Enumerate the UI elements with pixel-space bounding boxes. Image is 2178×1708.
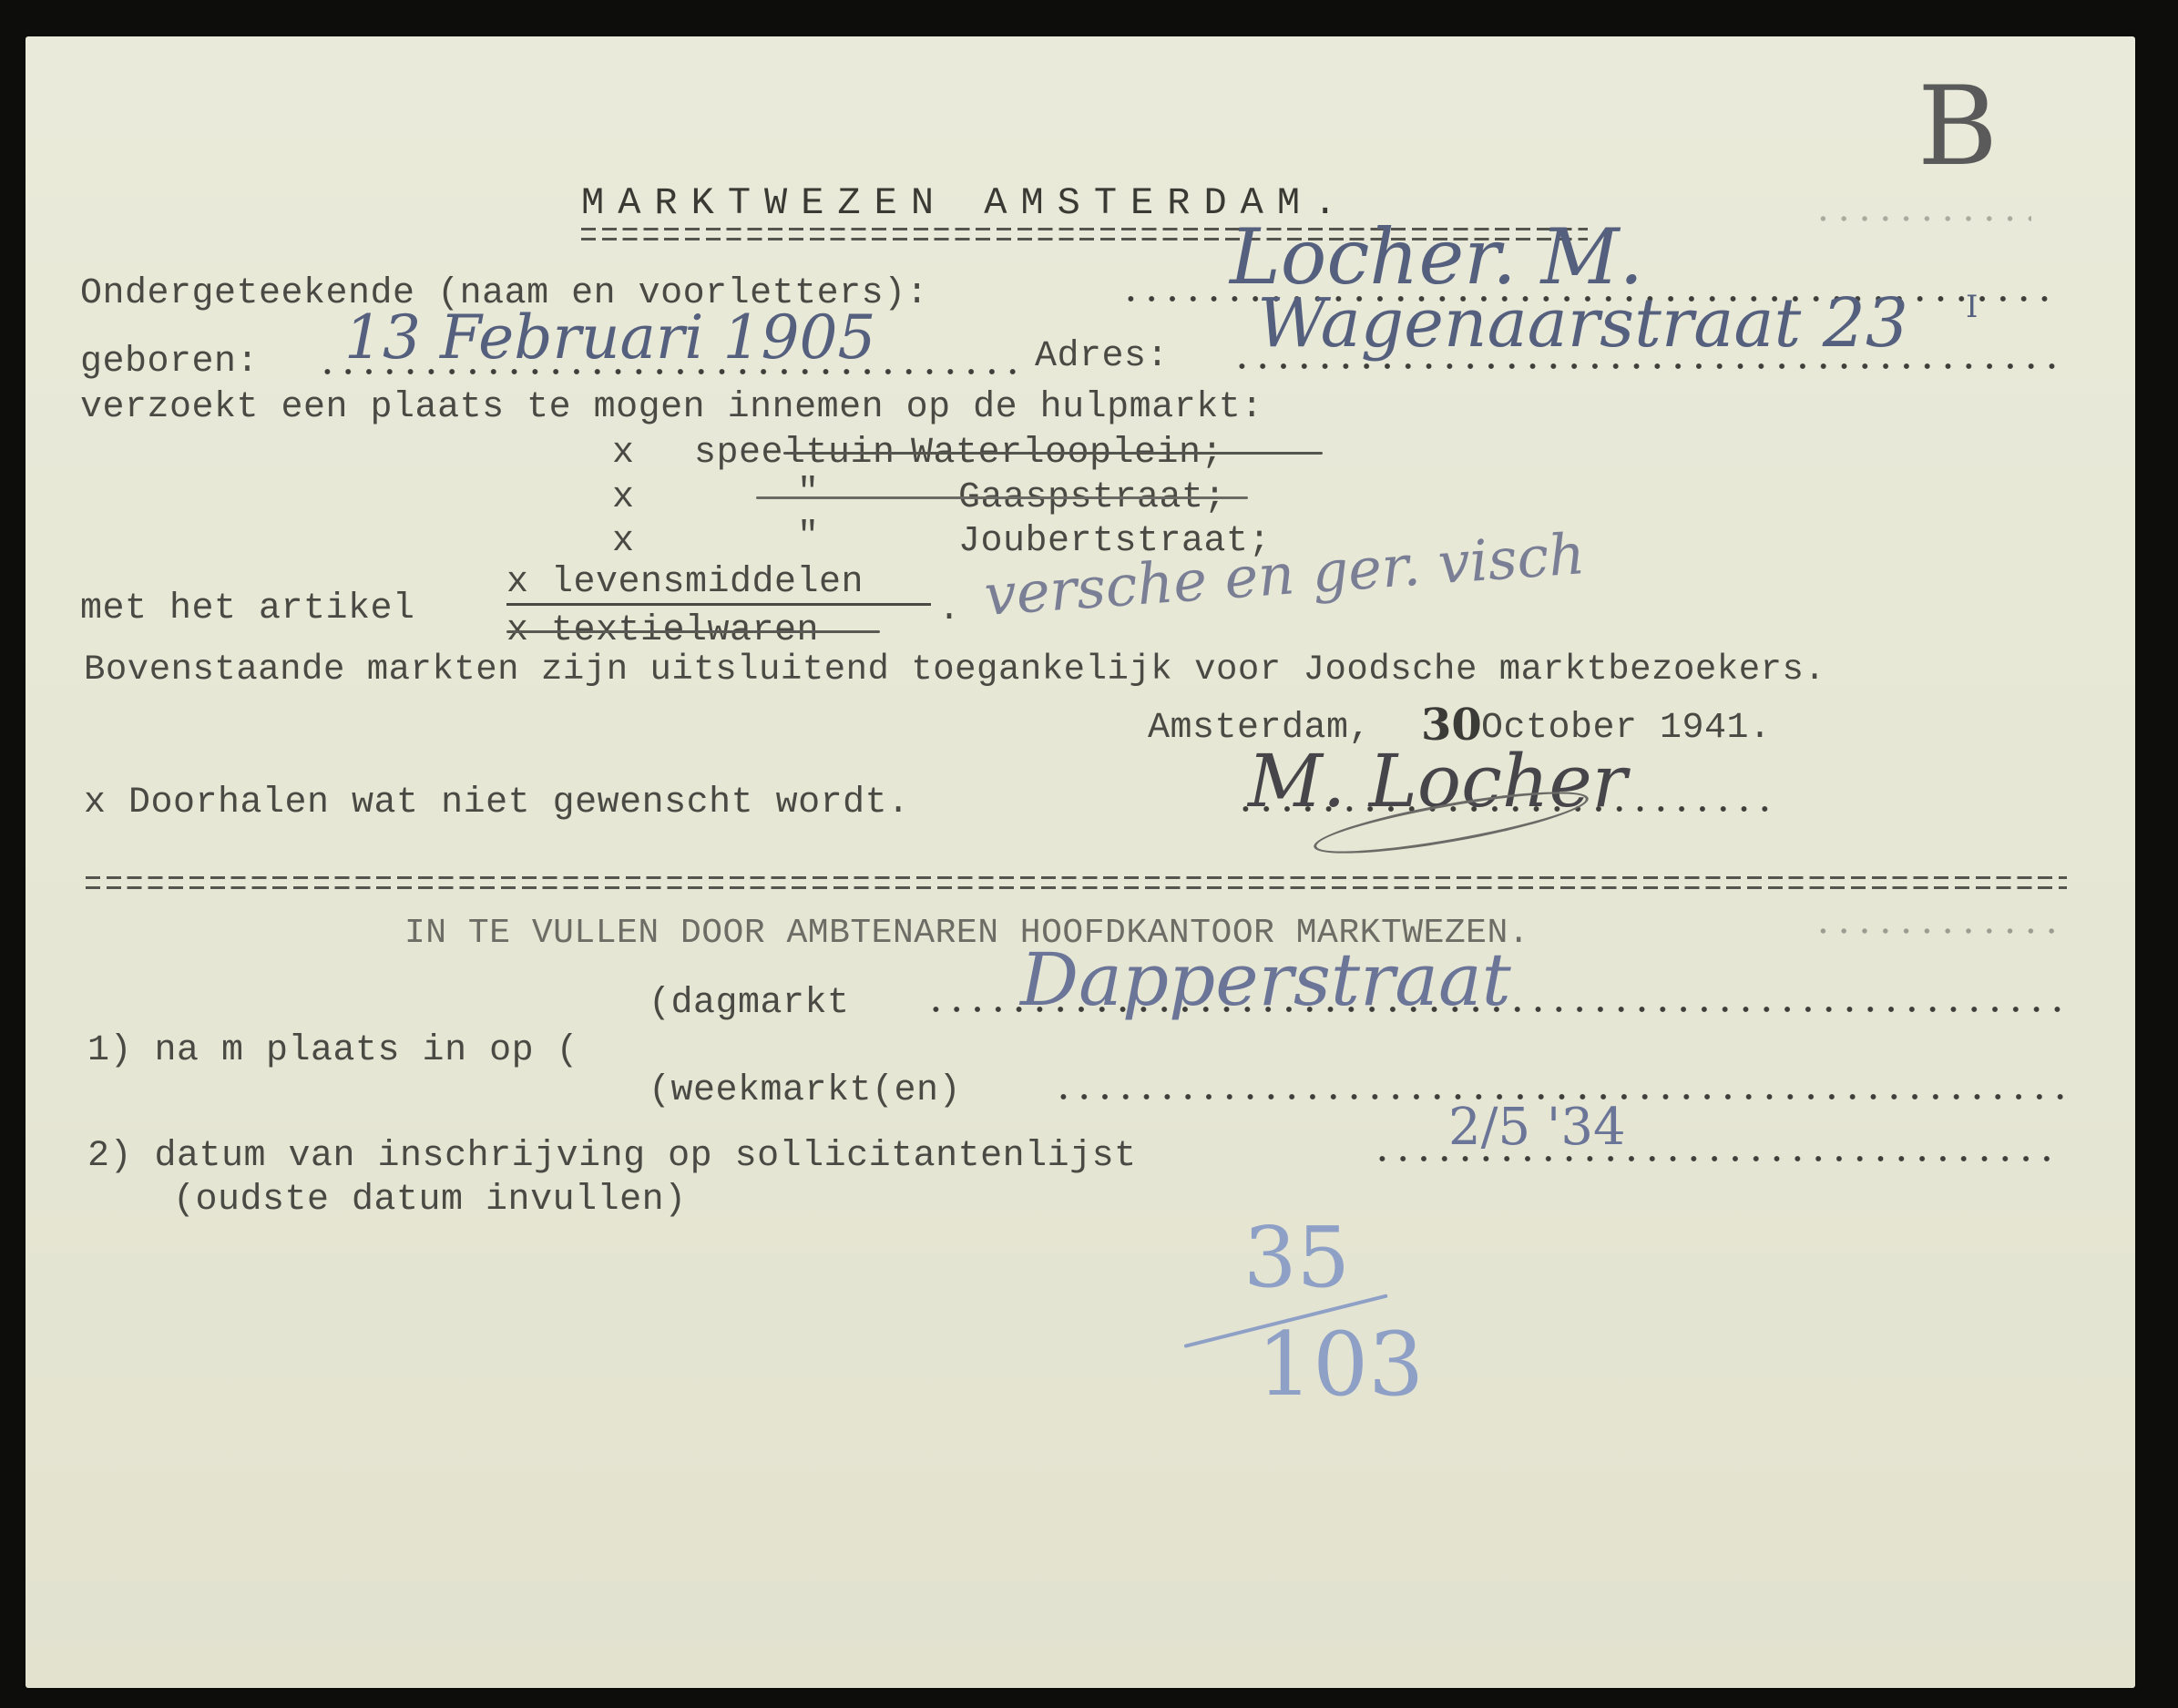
- born-label: geboren:: [80, 344, 259, 381]
- office-heading-dots: [1813, 927, 2068, 935]
- market-1-strikethrough: [783, 452, 1323, 455]
- fraction-top: 35: [1243, 1216, 1350, 1300]
- weekmarkt-label: (weekmarkt(en): [649, 1073, 961, 1110]
- article-period: .: [938, 592, 961, 629]
- article-2-strikethrough: [506, 630, 880, 633]
- title-trailing-dots: [1813, 215, 2031, 222]
- notice-text: Bovenstaande markten zijn uitsluitend to…: [84, 652, 1825, 688]
- corner-mark: B: [1917, 73, 1998, 182]
- item2-value: 2/5 '34: [1448, 1102, 1626, 1153]
- born-value: 13 Februari 1905: [344, 308, 875, 368]
- dagmarkt-value: Dapperstraat: [1020, 944, 1511, 1017]
- dagmarkt-label: (dagmarkt: [649, 986, 850, 1022]
- article-divider: [506, 603, 931, 606]
- item2-sub: (oudste datum invullen): [173, 1182, 687, 1219]
- market-3-prefix: ": [797, 519, 820, 556]
- address-value: Wagenaarstraat 23: [1257, 290, 1908, 357]
- address-dotted-line: [1232, 363, 2060, 370]
- item1-label: 1) na m plaats in op (: [87, 1033, 578, 1069]
- market-2-marker: x: [612, 480, 635, 516]
- request-text: verzoekt een plaats te mogen innemen op …: [80, 390, 1263, 426]
- strike-instruction: x Doorhalen wat niet gewenscht wordt.: [84, 785, 910, 822]
- article-label: met het artikel: [80, 591, 415, 628]
- section-separator: [86, 876, 2067, 889]
- address-label: Adres:: [1035, 339, 1169, 375]
- article-option-1: x levensmiddelen: [506, 565, 864, 601]
- address-suffix: I: [1966, 291, 1978, 322]
- market-3-marker: x: [612, 524, 635, 560]
- market-1-marker: x: [612, 435, 635, 472]
- market-2-prefix: ": [797, 476, 820, 512]
- item2-label: 2) datum van inschrijving op sollicitant…: [87, 1139, 1137, 1175]
- market-2-strikethrough: [756, 496, 1248, 499]
- fraction-bottom: 103: [1257, 1321, 1424, 1408]
